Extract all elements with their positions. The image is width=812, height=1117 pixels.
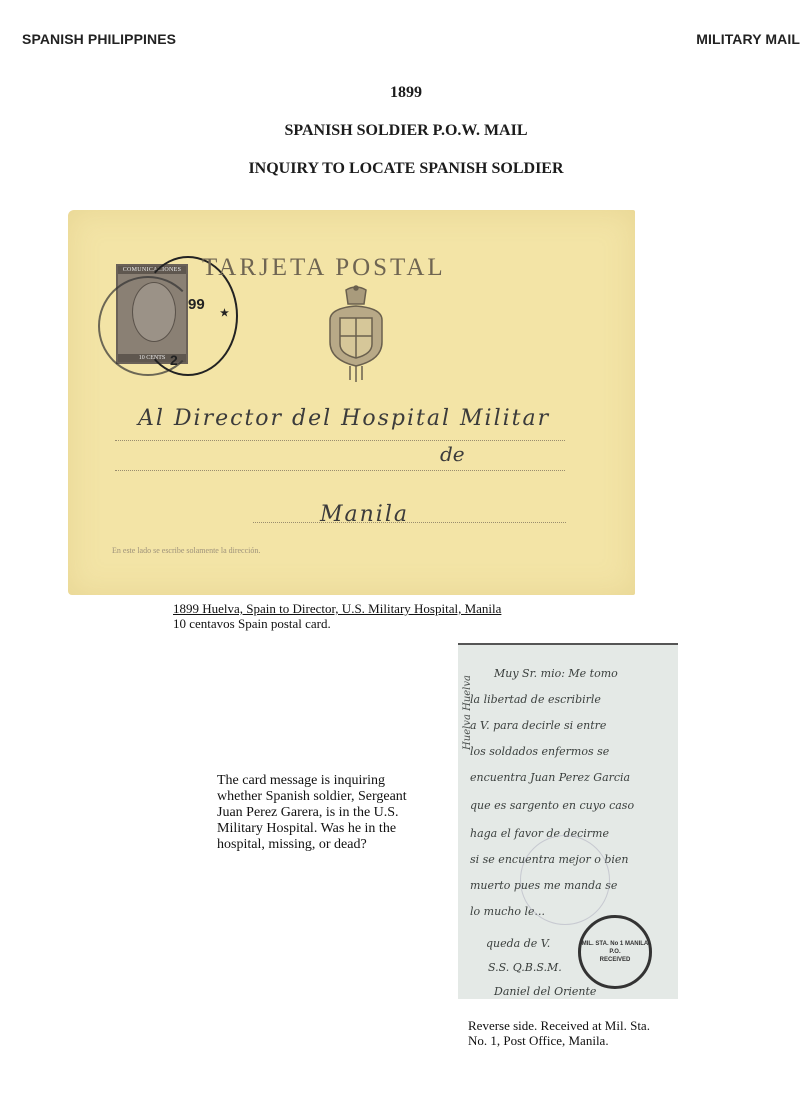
reverse-line: Muy Sr. mio: Me tomo xyxy=(458,667,678,680)
address-line-2: de xyxy=(440,442,465,466)
reverse-line: la libertad de escribirle xyxy=(458,693,678,706)
address-rule xyxy=(253,522,566,523)
faint-postmark-icon xyxy=(520,835,610,925)
page-subject: SPANISH SOLDIER P.O.W. MAIL xyxy=(0,122,812,140)
front-caption-detail: 10 centavos Spain postal card. xyxy=(173,616,501,631)
received-postmark-icon: MIL. STA. No 1 MANILA P.O. RECEIVED xyxy=(578,915,652,989)
page-description: INQUIRY TO LOCATE SPANISH SOLDIER xyxy=(0,160,812,178)
header-country: SPANISH PHILIPPINES xyxy=(22,31,176,47)
front-caption: 1899 Huelva, Spain to Director, U.S. Mil… xyxy=(173,601,501,631)
postmark-star-icon: ★ xyxy=(220,308,229,319)
postmark-number: 2 xyxy=(170,352,178,368)
reverse-caption: Reverse side. Received at Mil. Sta. No. … xyxy=(468,1018,650,1048)
address-line-1: Al Director del Hospital Militar xyxy=(138,406,550,431)
reverse-caption-line-2: No. 1, Post Office, Manila. xyxy=(468,1033,650,1048)
address-line-3: Manila xyxy=(320,502,409,527)
page-year: 1899 xyxy=(0,84,812,102)
postmark-line: MIL. STA. No 1 MANILA xyxy=(582,940,649,948)
coat-of-arms-icon xyxy=(320,284,392,384)
reverse-line: que es sargento en cuyo caso xyxy=(458,799,678,812)
reverse-margin-text: Huelva Huelva xyxy=(462,675,473,750)
card-printed-title: TARJETA POSTAL xyxy=(202,254,446,282)
reverse-line: los soldados enfermos se xyxy=(458,745,678,758)
postmark-line: P.O. xyxy=(582,948,649,956)
postal-card-front: COMUNICACIONES 10 CENTS 99 ★ 2 TARJETA P… xyxy=(68,210,635,595)
address-rule xyxy=(115,470,565,471)
card-printed-note: En este lado se escribe solamente la dir… xyxy=(112,546,260,555)
reverse-line: Daniel del Oriente xyxy=(458,985,678,998)
postal-card-reverse: Huelva Huelva Muy Sr. mio: Me tomo la li… xyxy=(458,643,678,999)
reverse-caption-line-1: Reverse side. Received at Mil. Sta. xyxy=(468,1018,650,1033)
postmark-line: RECEIVED xyxy=(582,956,649,964)
front-caption-title: 1899 Huelva, Spain to Director, U.S. Mil… xyxy=(173,601,501,616)
reverse-line: encuentra Juan Perez Garcia xyxy=(458,771,678,784)
header-category: MILITARY MAIL xyxy=(696,31,800,47)
address-rule xyxy=(115,440,565,441)
reverse-line: a V. para decirle si entre xyxy=(458,719,678,732)
message-description: The card message is inquiring whether Sp… xyxy=(217,773,427,853)
postmark-year: 99 xyxy=(188,296,205,313)
